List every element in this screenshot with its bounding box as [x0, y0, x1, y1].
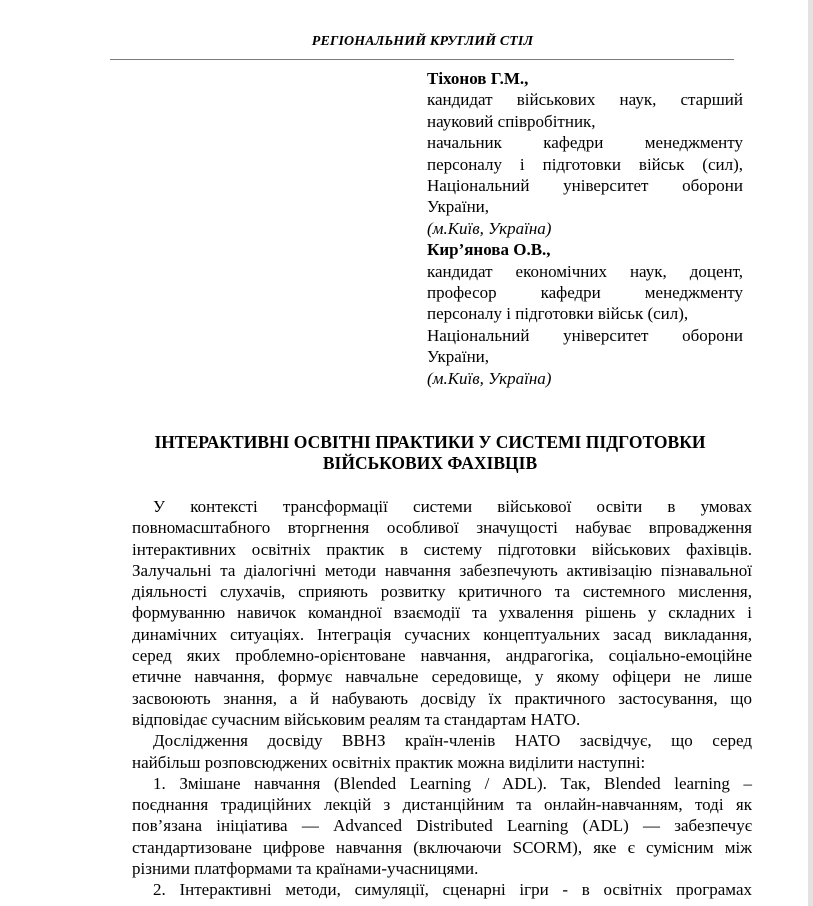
author-affiliation-line: кандидат економічних наук, доцент,	[427, 261, 743, 282]
paragraph-line: У контексті трансформації системи військ…	[132, 496, 752, 517]
paragraph-line-text: Залучальні та діалогічні методи навчання…	[132, 560, 752, 581]
paragraph-line: діяльності слухачів, сприяють розвитку к…	[132, 581, 752, 602]
article-body: У контексті трансформації системи військ…	[132, 496, 752, 901]
paragraph-line: 1. Змішане навчання (Blended Learning / …	[132, 773, 752, 794]
author-name: Тіхонов Г.М.,	[427, 68, 743, 89]
article-title: ІНТЕРАКТИВНІ ОСВІТНІ ПРАКТИКИ У СИСТЕМІ …	[120, 432, 740, 474]
paragraph-line-text: пов’язана ініціатива — Advanced Distribu…	[132, 815, 752, 836]
author-affiliation-line: персоналу і підготовки військ (сил),	[427, 303, 743, 324]
paragraph: 2. Інтерактивні методи, симуляції, сцена…	[132, 879, 752, 900]
paragraph-line-text: Дослідження досвіду ВВНЗ країн-членів НА…	[153, 730, 752, 751]
paragraph-line-text: формуванню навичок командної взаємодії т…	[132, 602, 752, 623]
author-2: Кир’янова О.В., кандидат економічних нау…	[427, 239, 743, 389]
article-title-line: ВІЙСЬКОВИХ ФАХІВЦІВ	[120, 453, 740, 474]
paragraph-line: відповідає сучасним військовим реалям та…	[132, 709, 752, 730]
authors-block: Тіхонов Г.М., кандидат військових наук, …	[427, 68, 743, 389]
paragraph-line: засвоюють знання, а й набувають досвіду …	[132, 688, 752, 709]
paragraph-line-text: найбільш розповсюджених освітніх практик…	[132, 752, 752, 773]
author-affiliation-line: професор кафедри менеджменту	[427, 282, 743, 303]
author-city: (м.Київ, Україна)	[427, 218, 743, 239]
paragraph-line-text: етичне навчання, формує навчальне середо…	[132, 666, 752, 687]
paragraph-line-text: серед яких проблемно-орієнтоване навчанн…	[132, 645, 752, 666]
paragraph-line: стандартизоване цифрове навчання (включа…	[132, 837, 752, 858]
paragraph-line-text: інтерактивних освітніх практик в систему…	[132, 539, 752, 560]
author-affiliation-line: Національний університет оборони	[427, 325, 743, 346]
paragraph-line: формуванню навичок командної взаємодії т…	[132, 602, 752, 623]
paragraph-line-text: 1. Змішане навчання (Blended Learning / …	[153, 773, 752, 794]
paragraph-line-text: стандартизоване цифрове навчання (включа…	[132, 837, 752, 858]
scrollbar-track[interactable]	[808, 0, 813, 906]
author-affiliation-line: України,	[427, 346, 743, 367]
author-city: (м.Київ, Україна)	[427, 368, 743, 389]
paragraph-line-text: різними платформами та країнами-учасниця…	[132, 858, 752, 879]
paragraph: У контексті трансформації системи військ…	[132, 496, 752, 730]
author-affiliation-line: Національний університет оборони	[427, 175, 743, 196]
paragraph-line: динамічних ситуаціях. Інтеграція сучасни…	[132, 624, 752, 645]
article-title-line: ІНТЕРАКТИВНІ ОСВІТНІ ПРАКТИКИ У СИСТЕМІ …	[120, 432, 740, 453]
author-affiliation-line: України,	[427, 196, 743, 217]
paragraph-line-text: засвоюють знання, а й набувають досвіду …	[132, 688, 752, 709]
paragraph-line: поєднання традиційних лекцій з дистанцій…	[132, 794, 752, 815]
paragraph-line: інтерактивних освітніх практик в систему…	[132, 539, 752, 560]
paragraph-line: Залучальні та діалогічні методи навчання…	[132, 560, 752, 581]
paragraph-line: 2. Інтерактивні методи, симуляції, сцена…	[132, 879, 752, 900]
paragraph-line-text: динамічних ситуаціях. Інтеграція сучасни…	[132, 624, 752, 645]
paragraph-line-text: поєднання традиційних лекцій з дистанцій…	[132, 794, 752, 815]
paragraph-line: серед яких проблемно-орієнтоване навчанн…	[132, 645, 752, 666]
paragraph: 1. Змішане навчання (Blended Learning / …	[132, 773, 752, 879]
paragraph-line: різними платформами та країнами-учасниця…	[132, 858, 752, 879]
paragraph-line: найбільш розповсюджених освітніх практик…	[132, 752, 752, 773]
paragraph-line: повномасштабного вторгнення особливої зн…	[132, 517, 752, 538]
author-1: Тіхонов Г.М., кандидат військових наук, …	[427, 68, 743, 239]
author-affiliation-line: науковий співробітник,	[427, 111, 743, 132]
author-name: Кир’янова О.В.,	[427, 239, 743, 260]
paragraph-line: Дослідження досвіду ВВНЗ країн-членів НА…	[132, 730, 752, 751]
paragraph-line-text: У контексті трансформації системи військ…	[153, 496, 752, 517]
author-affiliation-line: персоналу і підготовки військ (сил),	[427, 154, 743, 175]
paragraph-line-text: 2. Інтерактивні методи, симуляції, сцена…	[153, 879, 752, 900]
paragraph-line-text: повномасштабного вторгнення особливої зн…	[132, 517, 752, 538]
paragraph-line-text: діяльності слухачів, сприяють розвитку к…	[132, 581, 752, 602]
paragraph-line: пов’язана ініціатива — Advanced Distribu…	[132, 815, 752, 836]
paragraph-line-text: відповідає сучасним військовим реалям та…	[132, 709, 752, 730]
author-affiliation-line: начальник кафедри менеджменту	[427, 132, 743, 153]
header-divider	[110, 59, 734, 60]
author-affiliation-line: кандидат військових наук, старший	[427, 89, 743, 110]
paragraph: Дослідження досвіду ВВНЗ країн-членів НА…	[132, 730, 752, 773]
running-header-title: РЕГІОНАЛЬНИЙ КРУГЛИЙ СТІЛ	[110, 34, 735, 50]
paragraph-line: етичне навчання, формує навчальне середо…	[132, 666, 752, 687]
